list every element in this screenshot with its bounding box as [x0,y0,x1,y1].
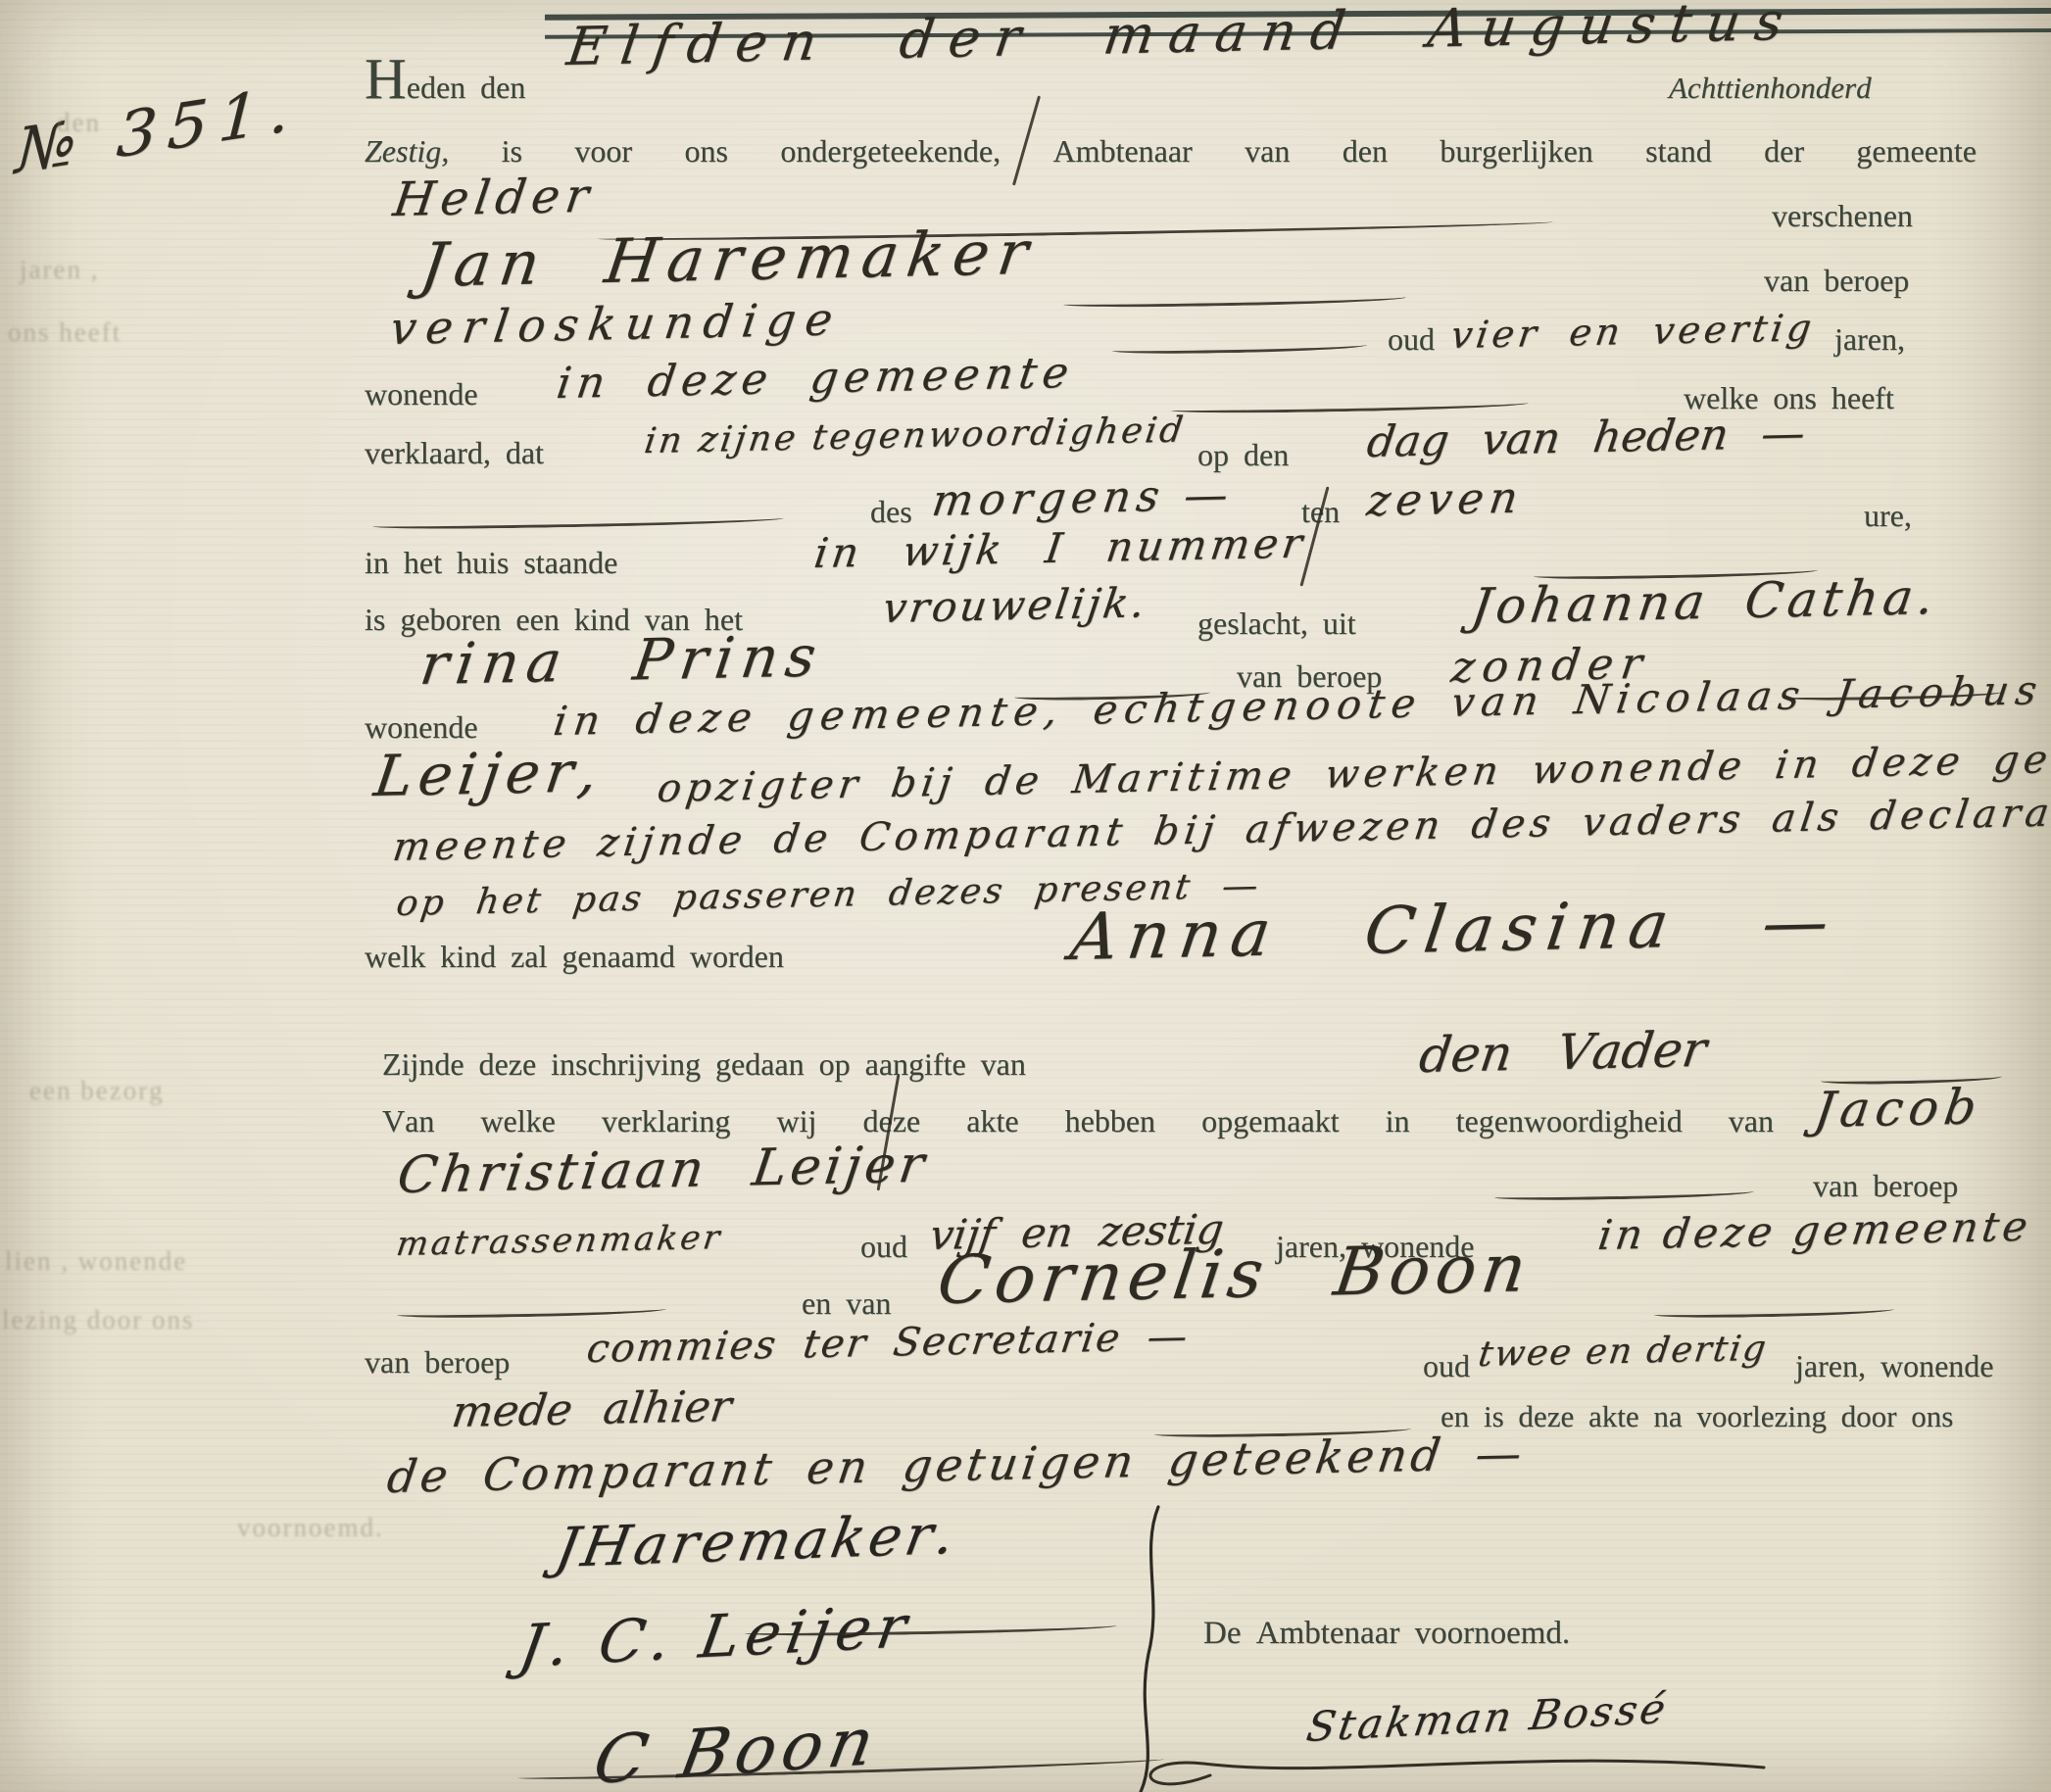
entry-declarant-name: Jan Haremaker [416,217,1041,301]
printed-huis-staande: in het huis staande [365,547,617,580]
entry-declarant-beroep: verloskundige [387,292,846,355]
entry-adres: in wijk I nummer [811,519,1309,577]
signature-witness1: J. C. Leijer [514,1592,917,1681]
ink-dash [397,1305,666,1319]
entry-moeder-naam-1: Johanna Catha. [1468,568,1942,635]
entry-geslacht: vrouwelijk. [880,578,1150,632]
printed-jaren: jaren, [1834,323,1905,357]
printed-achttienhonderd: Achttienhonderd [1669,73,1872,105]
entry-getuige2-beroep: commies ter Secretarie — [584,1314,1192,1372]
entry-geboortedag: dag van heden — [1364,409,1808,467]
entry-moeder-naam-2: rina Prins [416,622,828,698]
printed-oud-getuige1: oud [860,1231,907,1264]
printed-inschrijving-aangifte: Zijnde deze inschrijving gedaan op aangi… [382,1048,1026,1082]
entry-uur: zeven [1364,473,1527,526]
printed-oud: oud [1388,323,1435,357]
entry-getuige1-naam: Christiaan Leijer [394,1136,932,1205]
entry-getuige2-naam: Cornelis Boon [933,1230,1537,1320]
printed-verschenen: verschenen [1772,200,1913,233]
printed-en-van: en van [802,1287,891,1321]
entry-getuige1-beroep: matrassenmaker [394,1218,725,1264]
entry-declarant-leeftijd: vier en veertig [1448,306,1818,357]
entry-aangever: den Vader [1416,1021,1710,1084]
printed-wonende-moeder: wonende [365,711,478,745]
entry-kind-naam: Anna Clasina — [1066,884,1843,975]
printed-des: des [870,496,912,529]
printed-oud-getuige2: oud [1423,1350,1470,1383]
ink-dash [1654,1305,1894,1319]
ink-dash [372,514,784,531]
entry-echtgenoot-naam: Leijer, [370,738,608,809]
entry-gemeente: Helder [390,169,598,227]
printed-van-beroep: van beroep [1764,265,1909,298]
ink-dash [1171,399,1529,414]
bleedthrough-text: een bezorg [29,1076,165,1106]
printed-van-beroep-getuige2: van beroep [365,1346,510,1380]
entry-dagdeel: morgens — [929,470,1237,526]
bleedthrough-text: lezing door ons [2,1305,194,1335]
entry-date: Elfden der maand Augustus [563,0,1801,77]
printed-heden-den: Heden den [365,57,525,105]
printed-verklaring-akte: Van welke verklaring wij deze akte hebbe… [382,1105,1774,1138]
signature-witness2: C Boon [588,1703,886,1792]
birth-certificate-scan: № 351. den jaren , ons heeft een bezorg … [0,0,2051,1792]
signature-declarant: JHaremaker. [551,1503,963,1580]
ink-dash [1494,1187,1754,1201]
signature-flourish [1117,1734,1803,1792]
entry-getuige2-leeftijd: twee en dertig [1476,1329,1770,1375]
printed-van-beroep-getuige1: van beroep [1813,1170,1958,1203]
ink-dash [1112,341,1367,355]
bleedthrough-text: jaren , [20,255,99,285]
entry-getuige1-voornaam: Jacob [1811,1078,1985,1138]
printed-line-2: Zestig, is voor ons ondergeteekende, Amb… [365,135,1977,169]
printed-ambtenaar-clause: is voor ons ondergeteekende, Ambtenaar v… [502,133,1977,169]
ink-dash [1063,293,1406,308]
printed-jaren-wonende-2: jaren, wonende [1795,1350,1993,1383]
printed-genaamd-worden: welk kind zal genaamd worden [365,941,784,974]
entry-comparant-clausule-1: meente zijnde de Comparant bij afwezen d… [390,790,2051,870]
bleedthrough-text: den [57,108,101,138]
bleedthrough-text: ons heeft [8,317,122,348]
bleedthrough-text: lien , wonende [5,1246,187,1277]
entry-ondertekening-clausule: de Comparant en getuigen geteekend — [384,1427,1529,1503]
printed-ure: ure, [1864,500,1912,533]
entry-getuige1-woonplaats: in deze gemeente [1595,1202,2034,1259]
printed-geslacht-uit: geslacht, uit [1197,607,1356,641]
entry-declarant-woonplaats: in deze gemeente [554,348,1078,409]
printed-zestig: Zestig, [365,133,449,169]
officer-title: De Ambtenaar voornoemd. [1203,1617,1570,1651]
bleedthrough-text: voornoemd. [237,1513,384,1543]
printed-verklaard-dat: verklaard, dat [365,437,544,470]
printed-wonende: wonende [365,378,478,412]
printed-op-den: op den [1197,439,1289,472]
entry-tegenwoordigheid: in zijne tegenwoordigheid [642,410,1188,461]
entry-getuige2-woonplaats: mede alhier [449,1381,735,1437]
